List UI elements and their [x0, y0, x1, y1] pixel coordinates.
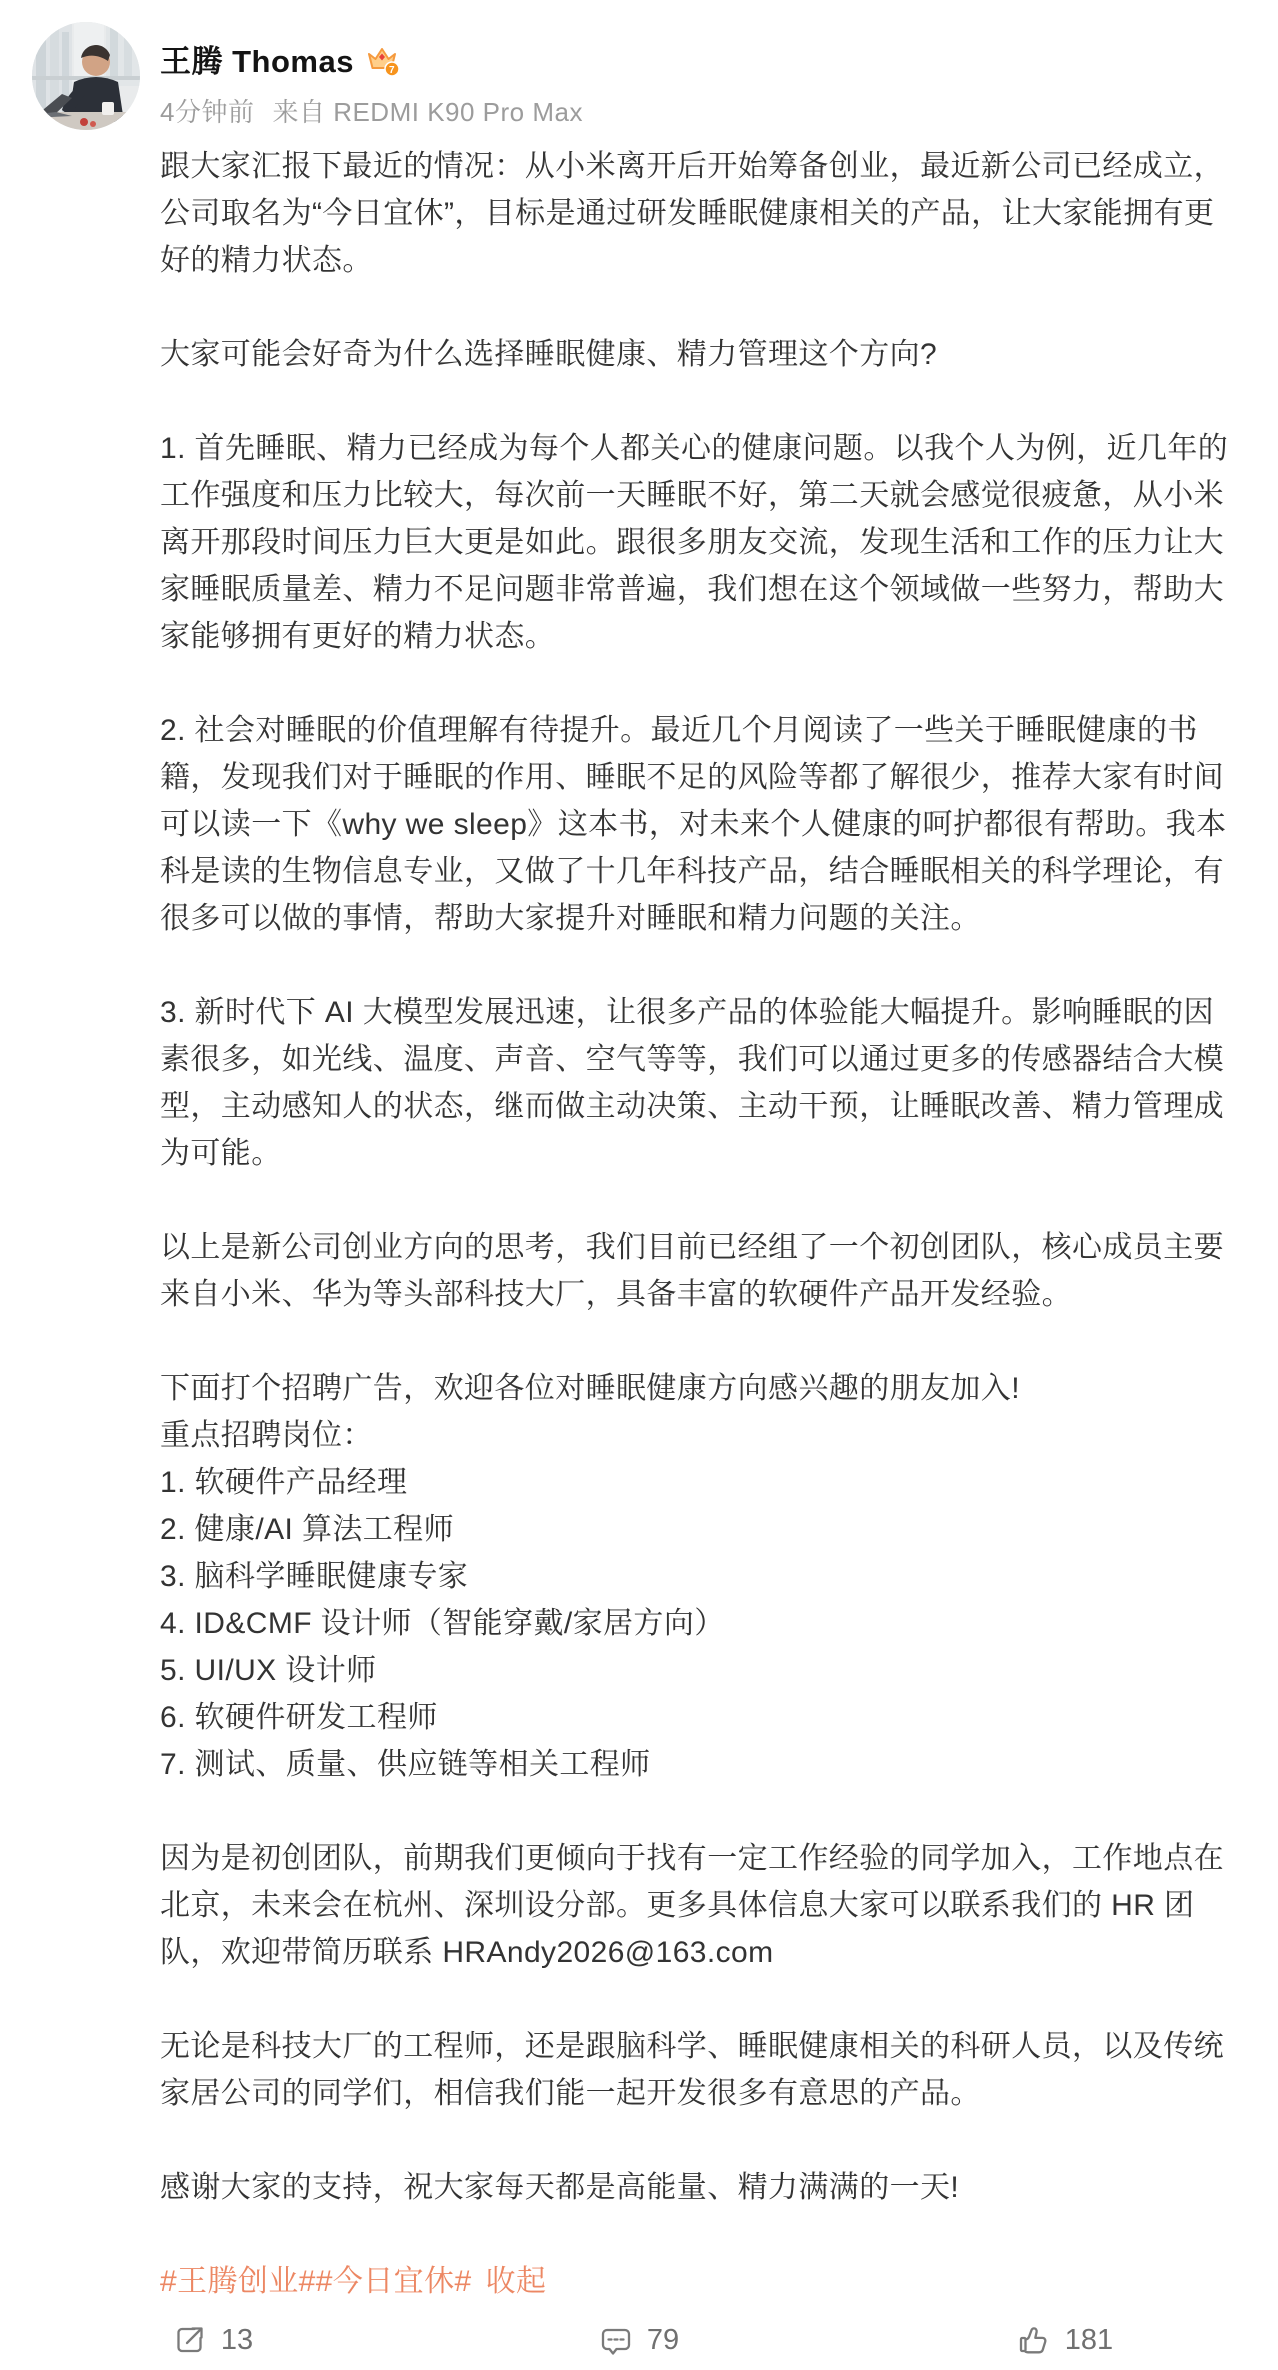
- repost-count: 13: [221, 2324, 253, 2357]
- paragraph: 3. 新时代下 AI 大模型发展迅速，让很多产品的体验能大幅提升。影响睡眠的因素…: [160, 989, 1240, 1177]
- recruit-line: 重点招聘岗位：: [160, 1412, 1240, 1459]
- post-source: 来自 REDMI K90 Pro Max: [272, 92, 583, 129]
- paragraph: 2. 社会对睡眠的价值理解有待提升。最近几个月阅读了一些关于睡眠健康的书籍，发现…: [160, 707, 1240, 942]
- paragraph: 跟大家汇报下最近的情况：从小米离开后开始筹备创业，最近新公司已经成立，公司取名为…: [160, 143, 1240, 284]
- hashtag-row: #王腾创业##今日宜休#收起: [160, 2258, 1240, 2305]
- post-meta: 4分钟前 来自 REDMI K90 Pro Max: [160, 92, 583, 129]
- vip-crown-icon: 7: [364, 43, 400, 77]
- comment-button[interactable]: 79: [426, 2322, 852, 2358]
- collapse-link[interactable]: 收起: [486, 2265, 547, 2298]
- recruit-line: 6. 软硬件研发工程师: [160, 1694, 1240, 1741]
- recruit-line: 4. ID&CMF 设计师（智能穿戴/家居方向）: [160, 1600, 1240, 1647]
- recruit-line: 1. 软硬件产品经理: [160, 1459, 1240, 1506]
- paragraph: 无论是科技大厂的工程师，还是跟脑科学、睡眠健康相关的科研人员，以及传统家居公司的…: [160, 2023, 1240, 2117]
- paragraph: 1. 首先睡眠、精力已经成为每个人都关心的健康问题。以我个人为例，近几年的工作强…: [160, 425, 1240, 660]
- recruit-line: 2. 健康/AI 算法工程师: [160, 1506, 1240, 1553]
- avatar[interactable]: [32, 22, 140, 130]
- action-bar: 13 79 181: [0, 2312, 1278, 2368]
- paragraph: 感谢大家的支持，祝大家每天都是高能量、精力满满的一天!: [160, 2164, 1240, 2211]
- avatar-photo: [32, 22, 140, 130]
- recruit-list: 下面打个招聘广告，欢迎各位对睡眠健康方向感兴趣的朋友加入! 重点招聘岗位： 1.…: [160, 1365, 1240, 1788]
- like-button[interactable]: 181: [852, 2322, 1278, 2358]
- paragraph: 以上是新公司创业方向的思考，我们目前已经组了一个初创团队，核心成员主要来自小米、…: [160, 1224, 1240, 1318]
- repost-button[interactable]: 13: [0, 2322, 426, 2358]
- recruit-line: 5. UI/UX 设计师: [160, 1647, 1240, 1694]
- recruit-line: 下面打个招聘广告，欢迎各位对睡眠健康方向感兴趣的朋友加入!: [160, 1365, 1240, 1412]
- like-count: 181: [1065, 2324, 1113, 2357]
- paragraph: 因为是初创团队，前期我们更倾向于找有一定工作经验的同学加入，工作地点在北京，未来…: [160, 1835, 1240, 1976]
- post-time: 4分钟前: [160, 92, 254, 129]
- weibo-post: 王腾 Thomas 7 4分钟前 来自 REDMI K90 Pro Max 跟大…: [0, 0, 1278, 2370]
- like-icon: [1017, 2323, 1051, 2357]
- comment-count: 79: [647, 2324, 679, 2357]
- recruit-line: 7. 测试、质量、供应链等相关工程师: [160, 1741, 1240, 1788]
- post-body: 跟大家汇报下最近的情况：从小米离开后开始筹备创业，最近新公司已经成立，公司取名为…: [160, 143, 1240, 2305]
- user-name[interactable]: 王腾 Thomas: [160, 36, 354, 81]
- paragraph: 大家可能会好奇为什么选择睡眠健康、精力管理这个方向?: [160, 331, 1240, 378]
- comment-icon: [599, 2323, 633, 2357]
- hashtag-link[interactable]: #今日宜休#: [316, 2265, 472, 2298]
- recruit-line: 3. 脑科学睡眠健康专家: [160, 1553, 1240, 1600]
- vip-level-number: 7: [389, 65, 395, 76]
- hashtag-link[interactable]: #王腾创业#: [160, 2265, 316, 2298]
- repost-icon: [173, 2323, 207, 2357]
